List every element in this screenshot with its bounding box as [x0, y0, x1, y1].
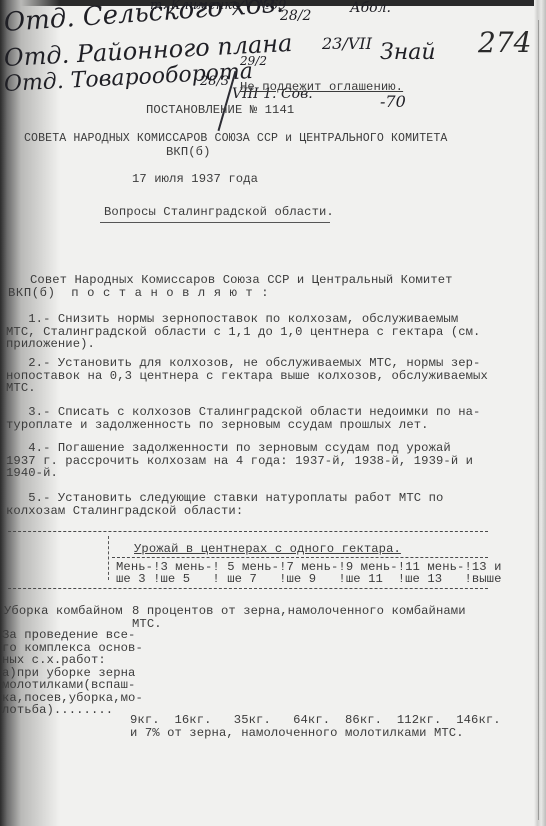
item-1-line: приложение).: [6, 337, 95, 351]
document-title: ПОСТАНОВЛЕНИЕ № 1141: [146, 103, 294, 117]
handwritten-date-4: 28/3: [200, 74, 229, 89]
issuing-bodies-party: ВКП(б): [166, 145, 210, 159]
table-columns-row-2: ше 3 !ше 5 ! ше 7 !ше 9 !ше 11 !ше 13 !в…: [116, 572, 502, 586]
scan-right-edge: [534, 0, 546, 826]
item-4-line: 1937 г. рассрочить колхозам на 4 года: 1…: [6, 454, 473, 468]
item-2-line: МТС.: [6, 381, 36, 395]
handwritten-date-2: 23/VII: [322, 34, 372, 53]
row-value-combine: 8 процентов от зерна,намолоченного комба…: [132, 604, 466, 618]
table-caption: Урожай в центнерах с одного гектара.: [134, 542, 401, 556]
item-3-line: туроплате и задолженность по зерновым сс…: [6, 418, 429, 432]
row-label-complex-line: лотьба)........: [2, 703, 113, 717]
row-values-complex: 9кг. 16кг. 35кг. 64кг. 86кг. 112кг. 146к…: [130, 713, 501, 727]
table-divider: [108, 536, 109, 580]
handwritten-number-70: -70: [380, 92, 406, 111]
item-2-line: нопоставок на 0,3 центнера с гектара выш…: [6, 369, 488, 383]
preamble-line-1: Совет Народных Комиссаров Союза ССР и Це…: [30, 273, 453, 287]
table-top-rule: [8, 531, 488, 532]
item-5-line: колхозам Сталинградской области:: [6, 504, 243, 518]
preamble-line-2: ВКП(б) п о с т а н о в л я ю т :: [8, 286, 269, 300]
secrecy-stamp: Не подлежит оглашению.: [240, 80, 403, 94]
item-4-line: 1940-й.: [6, 466, 58, 480]
document-topic: Вопросы Сталинградской области.: [104, 205, 334, 219]
issuing-bodies: СОВЕТА НАРОДНЫХ КОМИССАРОВ СОЮЗА ССР и Ц…: [24, 132, 447, 146]
table-header-bottom-rule: [8, 588, 488, 589]
topic-underline: [100, 222, 330, 223]
document-date: 17 июля 1937 года: [132, 172, 258, 186]
table-caption-rule: [112, 557, 488, 558]
handwritten-date-1: 28/2: [280, 8, 311, 24]
sheet-number: 274: [478, 26, 531, 59]
row-value-combine-2: МТС.: [132, 617, 162, 631]
row-label-combine: Уборка комбайном: [4, 604, 123, 618]
row-note-complex: и 7% от зерна, намолоченного молотилками…: [130, 726, 464, 740]
page-edge-line: [538, 20, 539, 820]
handwritten-initials: Знай: [380, 40, 435, 65]
handwritten-top-right: Абол.: [350, 0, 391, 16]
